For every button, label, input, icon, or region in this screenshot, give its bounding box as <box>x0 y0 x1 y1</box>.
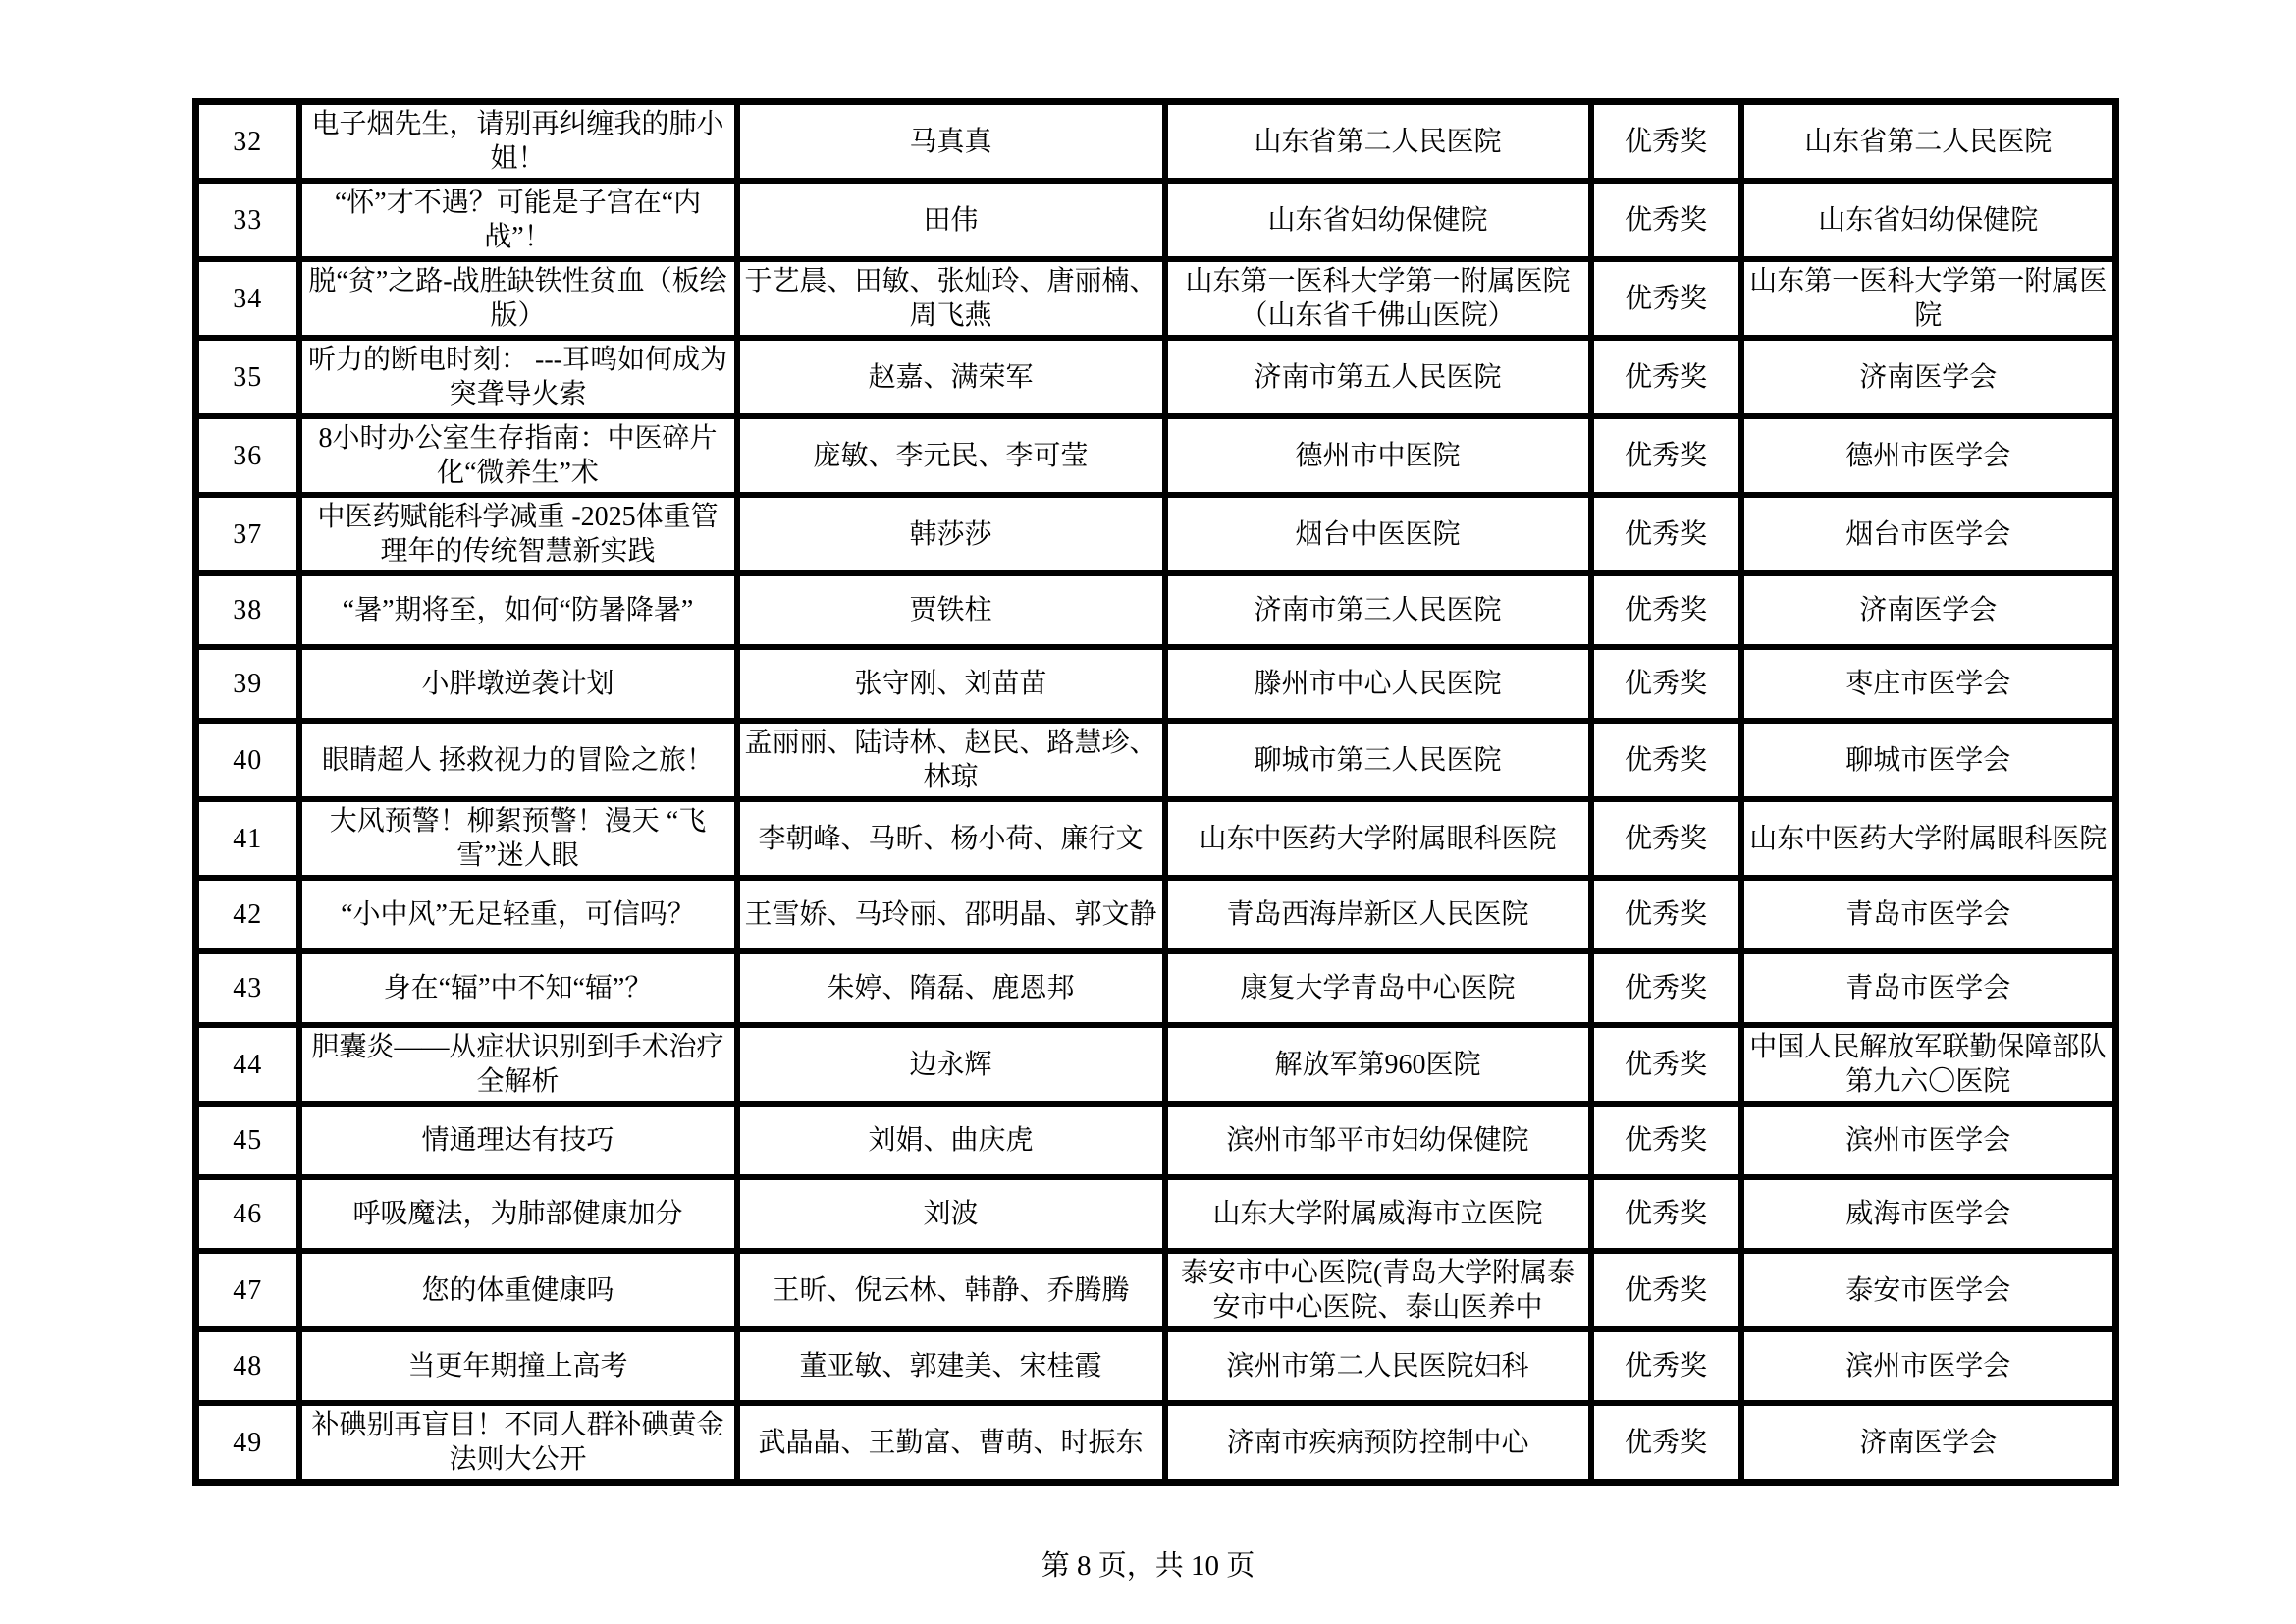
page-number-footer: 第 8 页，共 10 页 <box>0 1543 2296 1584</box>
award-list-table: 32电子烟先生，请别再纠缠我的肺小姐！马真真山东省第二人民医院优秀奖山东省第二人… <box>192 98 2119 1486</box>
cell-title: 胆囊炎——从症状识别到手术治疗全解析 <box>299 1025 737 1104</box>
cell-authors: 李朝峰、马昕、杨小荷、廉行文 <box>737 799 1165 878</box>
cell-award: 优秀奖 <box>1591 416 1741 495</box>
cell-title: 中医药赋能科学减重 -2025体重管理年的传统智慧新实践 <box>299 495 737 573</box>
cell-title: 大风预警！柳絮预警！漫天 “飞雪”迷人眼 <box>299 799 737 878</box>
cell-organization: 聊城市第三人民医院 <box>1165 721 1591 799</box>
cell-authors: 武晶晶、王勤富、曹萌、时振东 <box>737 1403 1165 1483</box>
table-row: 39小胖墩逆袭计划张守刚、刘苗苗滕州市中心人民医院优秀奖枣庄市医学会 <box>196 647 2116 721</box>
cell-recommender: 山东省妇幼保健院 <box>1741 181 2116 259</box>
cell-award: 优秀奖 <box>1591 1329 1741 1403</box>
cell-authors: 孟丽丽、陆诗林、赵民、路慧珍、林琼 <box>737 721 1165 799</box>
cell-organization: 滕州市中心人民医院 <box>1165 647 1591 721</box>
cell-award: 优秀奖 <box>1591 338 1741 416</box>
cell-number: 36 <box>196 416 299 495</box>
cell-award: 优秀奖 <box>1591 573 1741 647</box>
cell-authors: 庞敏、李元民、李可莹 <box>737 416 1165 495</box>
cell-number: 39 <box>196 647 299 721</box>
cell-recommender: 中国人民解放军联勤保障部队第九六〇医院 <box>1741 1025 2116 1104</box>
cell-recommender: 威海市医学会 <box>1741 1177 2116 1251</box>
page-number-text: 第 8 页，共 10 页 <box>1041 1550 1255 1582</box>
table-row: 47您的体重健康吗王昕、倪云林、韩静、乔腾腾泰安市中心医院(青岛大学附属泰安市中… <box>196 1251 2116 1329</box>
cell-organization: 康复大学青岛中心医院 <box>1165 951 1591 1025</box>
table-row: 38“暑”期将至，如何“防暑降暑”贾铁柱济南市第三人民医院优秀奖济南医学会 <box>196 573 2116 647</box>
cell-number: 47 <box>196 1251 299 1329</box>
cell-authors: 贾铁柱 <box>737 573 1165 647</box>
cell-award: 优秀奖 <box>1591 495 1741 573</box>
cell-title: “小中风”无足轻重，可信吗？ <box>299 878 737 951</box>
cell-number: 33 <box>196 181 299 259</box>
cell-organization: 山东第一医科大学第一附属医院（山东省千佛山医院） <box>1165 259 1591 338</box>
cell-authors: 马真真 <box>737 102 1165 182</box>
cell-number: 37 <box>196 495 299 573</box>
cell-organization: 济南市疾病预防控制中心 <box>1165 1403 1591 1483</box>
award-table-body: 32电子烟先生，请别再纠缠我的肺小姐！马真真山东省第二人民医院优秀奖山东省第二人… <box>196 102 2116 1483</box>
table-row: 34脱“贫”之路-战胜缺铁性贫血（板绘版）于艺晨、田敏、张灿玲、唐丽楠、周飞燕山… <box>196 259 2116 338</box>
cell-award: 优秀奖 <box>1591 259 1741 338</box>
cell-authors: 于艺晨、田敏、张灿玲、唐丽楠、周飞燕 <box>737 259 1165 338</box>
cell-authors: 刘波 <box>737 1177 1165 1251</box>
cell-award: 优秀奖 <box>1591 181 1741 259</box>
cell-authors: 董亚敏、郭建美、宋桂霞 <box>737 1329 1165 1403</box>
table-row: 37中医药赋能科学减重 -2025体重管理年的传统智慧新实践韩莎莎烟台中医医院优… <box>196 495 2116 573</box>
cell-organization: 青岛西海岸新区人民医院 <box>1165 878 1591 951</box>
cell-recommender: 滨州市医学会 <box>1741 1104 2116 1177</box>
cell-number: 41 <box>196 799 299 878</box>
table-row: 45情通理达有技巧刘娟、曲庆虎滨州市邹平市妇幼保健院优秀奖滨州市医学会 <box>196 1104 2116 1177</box>
cell-title: 当更年期撞上高考 <box>299 1329 737 1403</box>
table-row: 32电子烟先生，请别再纠缠我的肺小姐！马真真山东省第二人民医院优秀奖山东省第二人… <box>196 102 2116 182</box>
cell-organization: 滨州市邹平市妇幼保健院 <box>1165 1104 1591 1177</box>
cell-award: 优秀奖 <box>1591 721 1741 799</box>
table-row: 41大风预警！柳絮预警！漫天 “飞雪”迷人眼李朝峰、马昕、杨小荷、廉行文山东中医… <box>196 799 2116 878</box>
cell-recommender: 山东中医药大学附属眼科医院 <box>1741 799 2116 878</box>
cell-organization: 烟台中医医院 <box>1165 495 1591 573</box>
cell-title: 听力的断电时刻： ---耳鸣如何成为突聋导火索 <box>299 338 737 416</box>
cell-recommender: 烟台市医学会 <box>1741 495 2116 573</box>
cell-recommender: 枣庄市医学会 <box>1741 647 2116 721</box>
cell-organization: 济南市第三人民医院 <box>1165 573 1591 647</box>
cell-recommender: 德州市医学会 <box>1741 416 2116 495</box>
cell-award: 优秀奖 <box>1591 799 1741 878</box>
cell-title: 小胖墩逆袭计划 <box>299 647 737 721</box>
cell-award: 优秀奖 <box>1591 102 1741 182</box>
cell-title: 您的体重健康吗 <box>299 1251 737 1329</box>
cell-title: 呼吸魔法，为肺部健康加分 <box>299 1177 737 1251</box>
cell-award: 优秀奖 <box>1591 1251 1741 1329</box>
cell-award: 优秀奖 <box>1591 647 1741 721</box>
cell-recommender: 青岛市医学会 <box>1741 878 2116 951</box>
cell-organization: 山东中医药大学附属眼科医院 <box>1165 799 1591 878</box>
cell-recommender: 山东第一医科大学第一附属医院 <box>1741 259 2116 338</box>
table-row: 368小时办公室生存指南：中医碎片化“微养生”术庞敏、李元民、李可莹德州市中医院… <box>196 416 2116 495</box>
cell-title: 情通理达有技巧 <box>299 1104 737 1177</box>
table-row: 44胆囊炎——从症状识别到手术治疗全解析边永辉解放军第960医院优秀奖中国人民解… <box>196 1025 2116 1104</box>
table-row: 48当更年期撞上高考董亚敏、郭建美、宋桂霞滨州市第二人民医院妇科优秀奖滨州市医学… <box>196 1329 2116 1403</box>
table-row: 33“怀”才不遇？可能是子宫在“内战”！田伟山东省妇幼保健院优秀奖山东省妇幼保健… <box>196 181 2116 259</box>
cell-authors: 田伟 <box>737 181 1165 259</box>
cell-recommender: 滨州市医学会 <box>1741 1329 2116 1403</box>
cell-authors: 刘娟、曲庆虎 <box>737 1104 1165 1177</box>
cell-recommender: 青岛市医学会 <box>1741 951 2116 1025</box>
document-page: 32电子烟先生，请别再纠缠我的肺小姐！马真真山东省第二人民医院优秀奖山东省第二人… <box>0 0 2296 1624</box>
table-row: 49补碘别再盲目！不同人群补碘黄金法则大公开武晶晶、王勤富、曹萌、时振东济南市疾… <box>196 1403 2116 1483</box>
cell-recommender: 济南医学会 <box>1741 338 2116 416</box>
cell-number: 34 <box>196 259 299 338</box>
cell-number: 42 <box>196 878 299 951</box>
cell-title: 身在“辐”中不知“辐”？ <box>299 951 737 1025</box>
cell-recommender: 济南医学会 <box>1741 1403 2116 1483</box>
cell-title: “怀”才不遇？可能是子宫在“内战”！ <box>299 181 737 259</box>
cell-authors: 边永辉 <box>737 1025 1165 1104</box>
cell-title: 脱“贫”之路-战胜缺铁性贫血（板绘版） <box>299 259 737 338</box>
cell-number: 38 <box>196 573 299 647</box>
cell-number: 40 <box>196 721 299 799</box>
cell-recommender: 济南医学会 <box>1741 573 2116 647</box>
cell-organization: 山东省妇幼保健院 <box>1165 181 1591 259</box>
cell-award: 优秀奖 <box>1591 1104 1741 1177</box>
cell-title: 8小时办公室生存指南：中医碎片化“微养生”术 <box>299 416 737 495</box>
cell-number: 44 <box>196 1025 299 1104</box>
cell-authors: 赵嘉、满荣军 <box>737 338 1165 416</box>
table-row: 35听力的断电时刻： ---耳鸣如何成为突聋导火索赵嘉、满荣军济南市第五人民医院… <box>196 338 2116 416</box>
table-row: 46呼吸魔法，为肺部健康加分刘波山东大学附属威海市立医院优秀奖威海市医学会 <box>196 1177 2116 1251</box>
table-row: 43身在“辐”中不知“辐”？朱婷、隋磊、鹿恩邦康复大学青岛中心医院优秀奖青岛市医… <box>196 951 2116 1025</box>
cell-authors: 张守刚、刘苗苗 <box>737 647 1165 721</box>
cell-recommender: 泰安市医学会 <box>1741 1251 2116 1329</box>
cell-organization: 山东大学附属威海市立医院 <box>1165 1177 1591 1251</box>
cell-number: 49 <box>196 1403 299 1483</box>
cell-number: 32 <box>196 102 299 182</box>
cell-organization: 解放军第960医院 <box>1165 1025 1591 1104</box>
cell-number: 35 <box>196 338 299 416</box>
table-row: 40眼睛超人 拯救视力的冒险之旅！孟丽丽、陆诗林、赵民、路慧珍、林琼聊城市第三人… <box>196 721 2116 799</box>
cell-authors: 王昕、倪云林、韩静、乔腾腾 <box>737 1251 1165 1329</box>
cell-award: 优秀奖 <box>1591 1403 1741 1483</box>
cell-number: 46 <box>196 1177 299 1251</box>
cell-organization: 山东省第二人民医院 <box>1165 102 1591 182</box>
cell-organization: 德州市中医院 <box>1165 416 1591 495</box>
cell-title: 眼睛超人 拯救视力的冒险之旅！ <box>299 721 737 799</box>
cell-authors: 王雪娇、马玲丽、邵明晶、郭文静 <box>737 878 1165 951</box>
cell-organization: 济南市第五人民医院 <box>1165 338 1591 416</box>
cell-title: 补碘别再盲目！不同人群补碘黄金法则大公开 <box>299 1403 737 1483</box>
cell-organization: 泰安市中心医院(青岛大学附属泰安市中心医院、泰山医养中 <box>1165 1251 1591 1329</box>
cell-award: 优秀奖 <box>1591 1025 1741 1104</box>
cell-award: 优秀奖 <box>1591 878 1741 951</box>
cell-recommender: 山东省第二人民医院 <box>1741 102 2116 182</box>
cell-number: 48 <box>196 1329 299 1403</box>
cell-authors: 韩莎莎 <box>737 495 1165 573</box>
table-row: 42“小中风”无足轻重，可信吗？王雪娇、马玲丽、邵明晶、郭文静青岛西海岸新区人民… <box>196 878 2116 951</box>
cell-award: 优秀奖 <box>1591 951 1741 1025</box>
cell-authors: 朱婷、隋磊、鹿恩邦 <box>737 951 1165 1025</box>
cell-title: “暑”期将至，如何“防暑降暑” <box>299 573 737 647</box>
cell-recommender: 聊城市医学会 <box>1741 721 2116 799</box>
cell-organization: 滨州市第二人民医院妇科 <box>1165 1329 1591 1403</box>
cell-award: 优秀奖 <box>1591 1177 1741 1251</box>
cell-number: 43 <box>196 951 299 1025</box>
cell-title: 电子烟先生，请别再纠缠我的肺小姐！ <box>299 102 737 182</box>
cell-number: 45 <box>196 1104 299 1177</box>
